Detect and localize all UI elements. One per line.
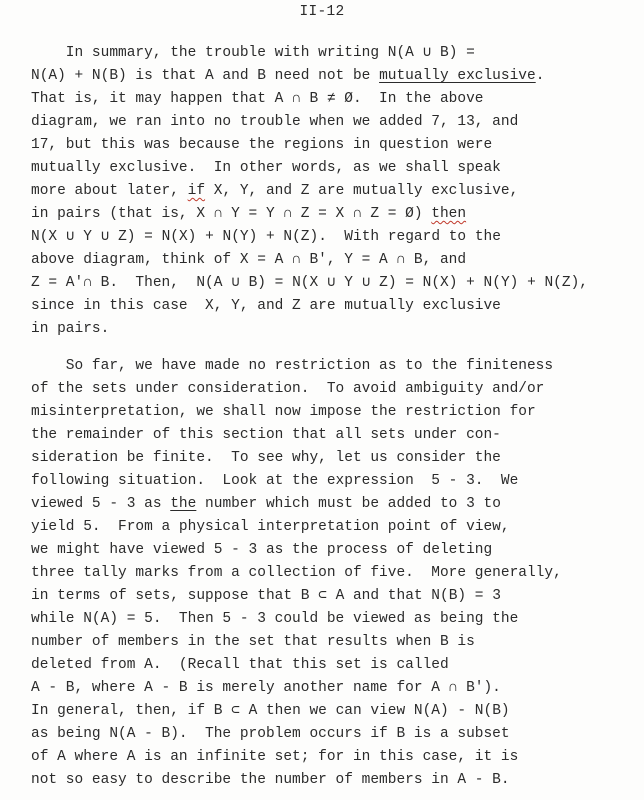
text-line: viewed 5 - 3 as the number which must be… (31, 493, 631, 516)
text-line: 17, but this was because the regions in … (31, 134, 631, 157)
text-line: A - B, where A - B is merely another nam… (31, 677, 631, 700)
text-line: in pairs (that is, X ∩ Y = Y ∩ Z = X ∩ Z… (31, 203, 631, 226)
text-line: N(A) + N(B) is that A and B need not be … (31, 65, 631, 88)
text-line: of the sets under consideration. To avoi… (31, 378, 631, 401)
text-line: while N(A) = 5. Then 5 - 3 could be view… (31, 608, 631, 631)
text-line: above diagram, think of X = A ∩ B', Y = … (31, 249, 631, 272)
paragraph-finiteness: So far, we have made no restriction as t… (31, 355, 631, 792)
document-body: In summary, the trouble with writing N(A… (31, 42, 631, 800)
emphasis: if (188, 183, 205, 199)
text-line: In general, then, if B ⊂ A then we can v… (31, 700, 631, 723)
text-line: yield 5. From a physical interpretation … (31, 516, 631, 539)
emphasis: mutually exclusive (379, 68, 536, 84)
text-line: Z = A'∩ B. Then, N(A ∪ B) = N(X ∪ Y ∪ Z)… (31, 272, 631, 295)
text-line: diagram, we ran into no trouble when we … (31, 111, 631, 134)
emphasis: the (170, 496, 196, 512)
text-line: sideration be finite. To see why, let us… (31, 447, 631, 470)
text-line: That is, it may happen that A ∩ B ≠ Ø. I… (31, 88, 631, 111)
text-line: number of members in the set that result… (31, 631, 631, 654)
text-line: three tally marks from a collection of f… (31, 562, 631, 585)
text-line: following situation. Look at the express… (31, 470, 631, 493)
text-line: since in this case X, Y, and Z are mutua… (31, 295, 631, 318)
text-line: mutually exclusive. In other words, as w… (31, 157, 631, 180)
paragraph-summary: In summary, the trouble with writing N(A… (31, 42, 631, 341)
text-line: more about later, if X, Y, and Z are mut… (31, 180, 631, 203)
text-line: of A where A is an infinite set; for in … (31, 746, 631, 769)
text-line: deleted from A. (Recall that this set is… (31, 654, 631, 677)
text-line: In summary, the trouble with writing N(A… (31, 42, 631, 65)
emphasis: then (431, 206, 466, 222)
text-line: misinterpretation, we shall now impose t… (31, 401, 631, 424)
text-line: the remainder of this section that all s… (31, 424, 631, 447)
text-line: as being N(A - B). The problem occurs if… (31, 723, 631, 746)
text-line: we might have viewed 5 - 3 as the proces… (31, 539, 631, 562)
page-number: II-12 (0, 4, 644, 20)
text-line: in pairs. (31, 318, 631, 341)
text-line: N(X ∪ Y ∪ Z) = N(X) + N(Y) + N(Z). With … (31, 226, 631, 249)
text-line: not so easy to describe the number of me… (31, 769, 631, 792)
text-line: in terms of sets, suppose that B ⊂ A and… (31, 585, 631, 608)
text-line: So far, we have made no restriction as t… (31, 355, 631, 378)
